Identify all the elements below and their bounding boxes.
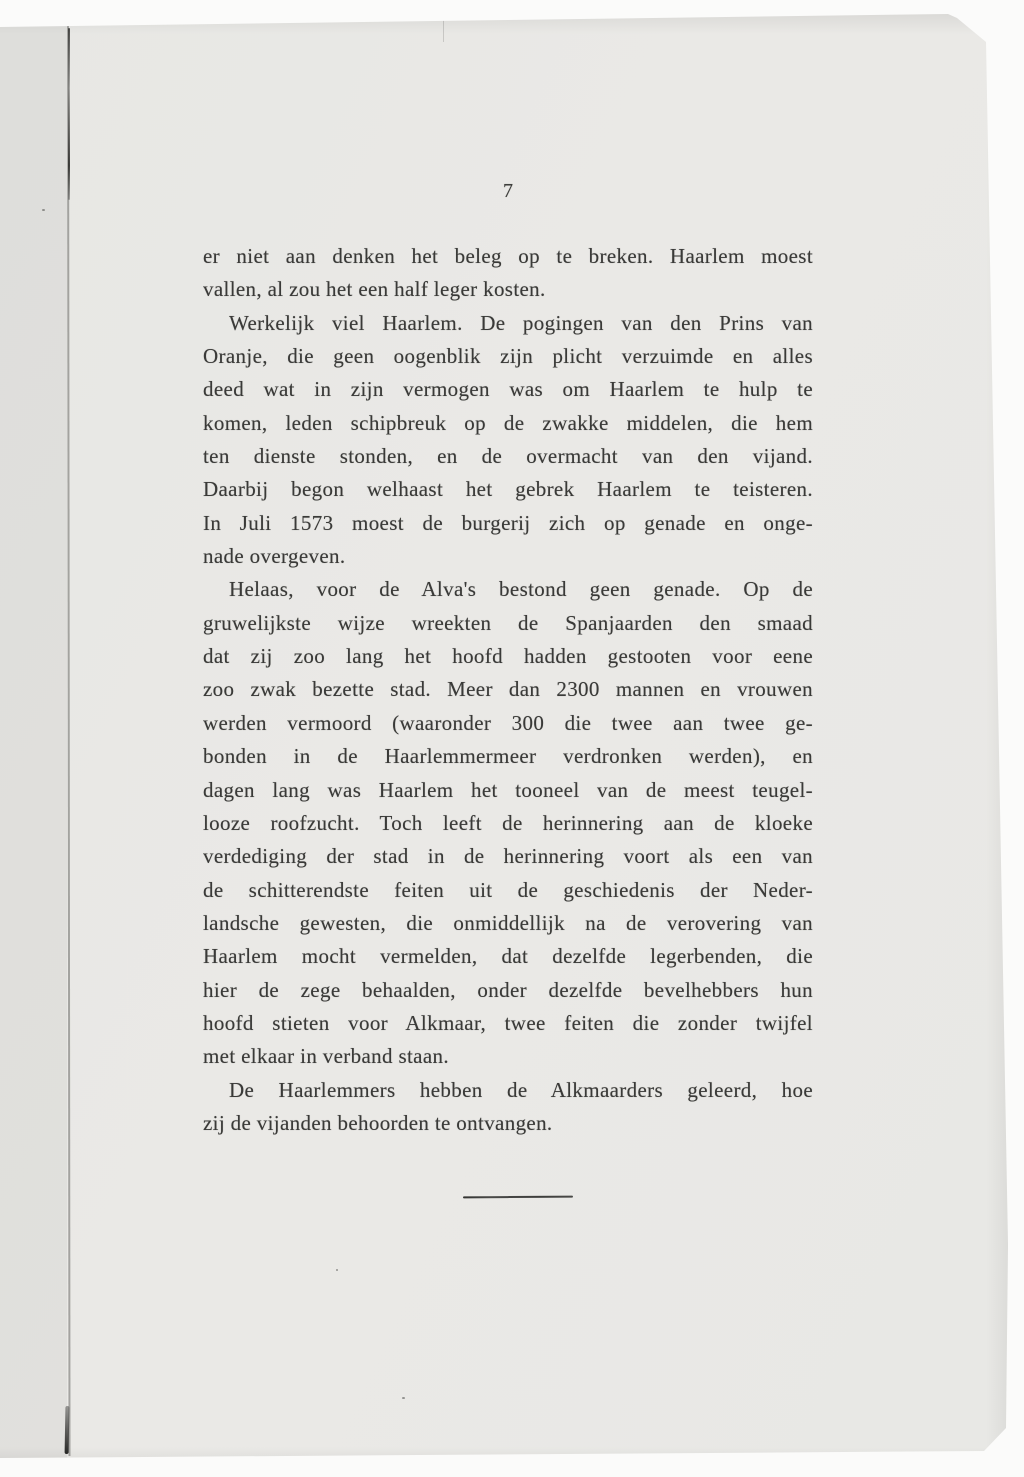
text-line: De Haarlemmers hebben de Alkmaarders gel… bbox=[203, 1074, 813, 1107]
text-line: komen, leden schipbreuk op de zwakke mid… bbox=[203, 407, 813, 440]
text-line: er niet aan denken het beleg op te breke… bbox=[203, 240, 813, 273]
text-line: vallen, al zou het een half leger kosten… bbox=[203, 273, 813, 306]
text-line: zoo zwak bezette stad. Meer dan 2300 man… bbox=[203, 673, 813, 706]
text-line: Oranje, die geen oogenblik zijn plicht v… bbox=[203, 340, 813, 373]
text-block: er niet aan denken het beleg op te breke… bbox=[203, 240, 813, 1140]
scan-area: 7 er niet aan denken het beleg op te bre… bbox=[0, 0, 1024, 1477]
text-line: Daarbij begon welhaast het gebrek Haarle… bbox=[203, 473, 813, 506]
crease-mark bbox=[443, 16, 444, 42]
text-line: de schitterendste feiten uit de geschied… bbox=[203, 874, 813, 907]
text-line: werden vermoord (waaronder 300 die twee … bbox=[203, 707, 813, 740]
page-right-edge-shade bbox=[986, 30, 1016, 1450]
text-line: ten dienste stonden, en de overmacht van… bbox=[203, 440, 813, 473]
text-line: landsche gewesten, die onmiddellijk na d… bbox=[203, 907, 813, 940]
book-page: 7 er niet aan denken het beleg op te bre… bbox=[0, 0, 1024, 1477]
text-line: hier de zege behaalden, onder dezelfde b… bbox=[203, 974, 813, 1007]
text-line: deed wat in zijn vermogen was om Haarlem… bbox=[203, 373, 813, 406]
ink-speck bbox=[336, 1269, 338, 1271]
ink-speck bbox=[42, 209, 45, 211]
text-line: In Juli 1573 moest de burgerij zich op g… bbox=[203, 507, 813, 540]
page-number: 7 bbox=[203, 180, 813, 203]
text-line: Werkelijk viel Haarlem. De pogingen van … bbox=[203, 307, 813, 340]
text-line: verdediging der stad in de herinnering v… bbox=[203, 840, 813, 873]
text-line: dat zij zoo lang het hoofd hadden gestoo… bbox=[203, 640, 813, 673]
text-line: nade overgeven. bbox=[203, 540, 813, 573]
text-line: zij de vijanden behoorden te ontvangen. bbox=[203, 1107, 813, 1140]
section-divider-rule bbox=[463, 1196, 573, 1199]
text-line: hoofd stieten voor Alkmaar, twee feiten … bbox=[203, 1007, 813, 1040]
page-bottom-edge-shade bbox=[0, 1447, 1024, 1463]
text-line: met elkaar in verband staan. bbox=[203, 1040, 813, 1073]
page-top-edge-shade bbox=[0, 12, 1024, 34]
text-line: gruwelijkste wijze wreekten de Spanjaard… bbox=[203, 607, 813, 640]
text-line: Haarlem mocht vermelden, dat dezelfde le… bbox=[203, 940, 813, 973]
binding-fold-dark-segment-top bbox=[68, 28, 70, 200]
binding-fold-line bbox=[67, 14, 70, 1456]
text-line: dagen lang was Haarlem het tooneel van d… bbox=[203, 774, 813, 807]
ink-speck bbox=[402, 1397, 405, 1399]
adjacent-page-strip bbox=[0, 0, 67, 1477]
text-line: bonden in de Haarlemmermeer verdronken w… bbox=[203, 740, 813, 773]
text-line: Helaas, voor de Alva's bestond geen gena… bbox=[203, 573, 813, 606]
text-line: looze roofzucht. Toch leeft de herinneri… bbox=[203, 807, 813, 840]
